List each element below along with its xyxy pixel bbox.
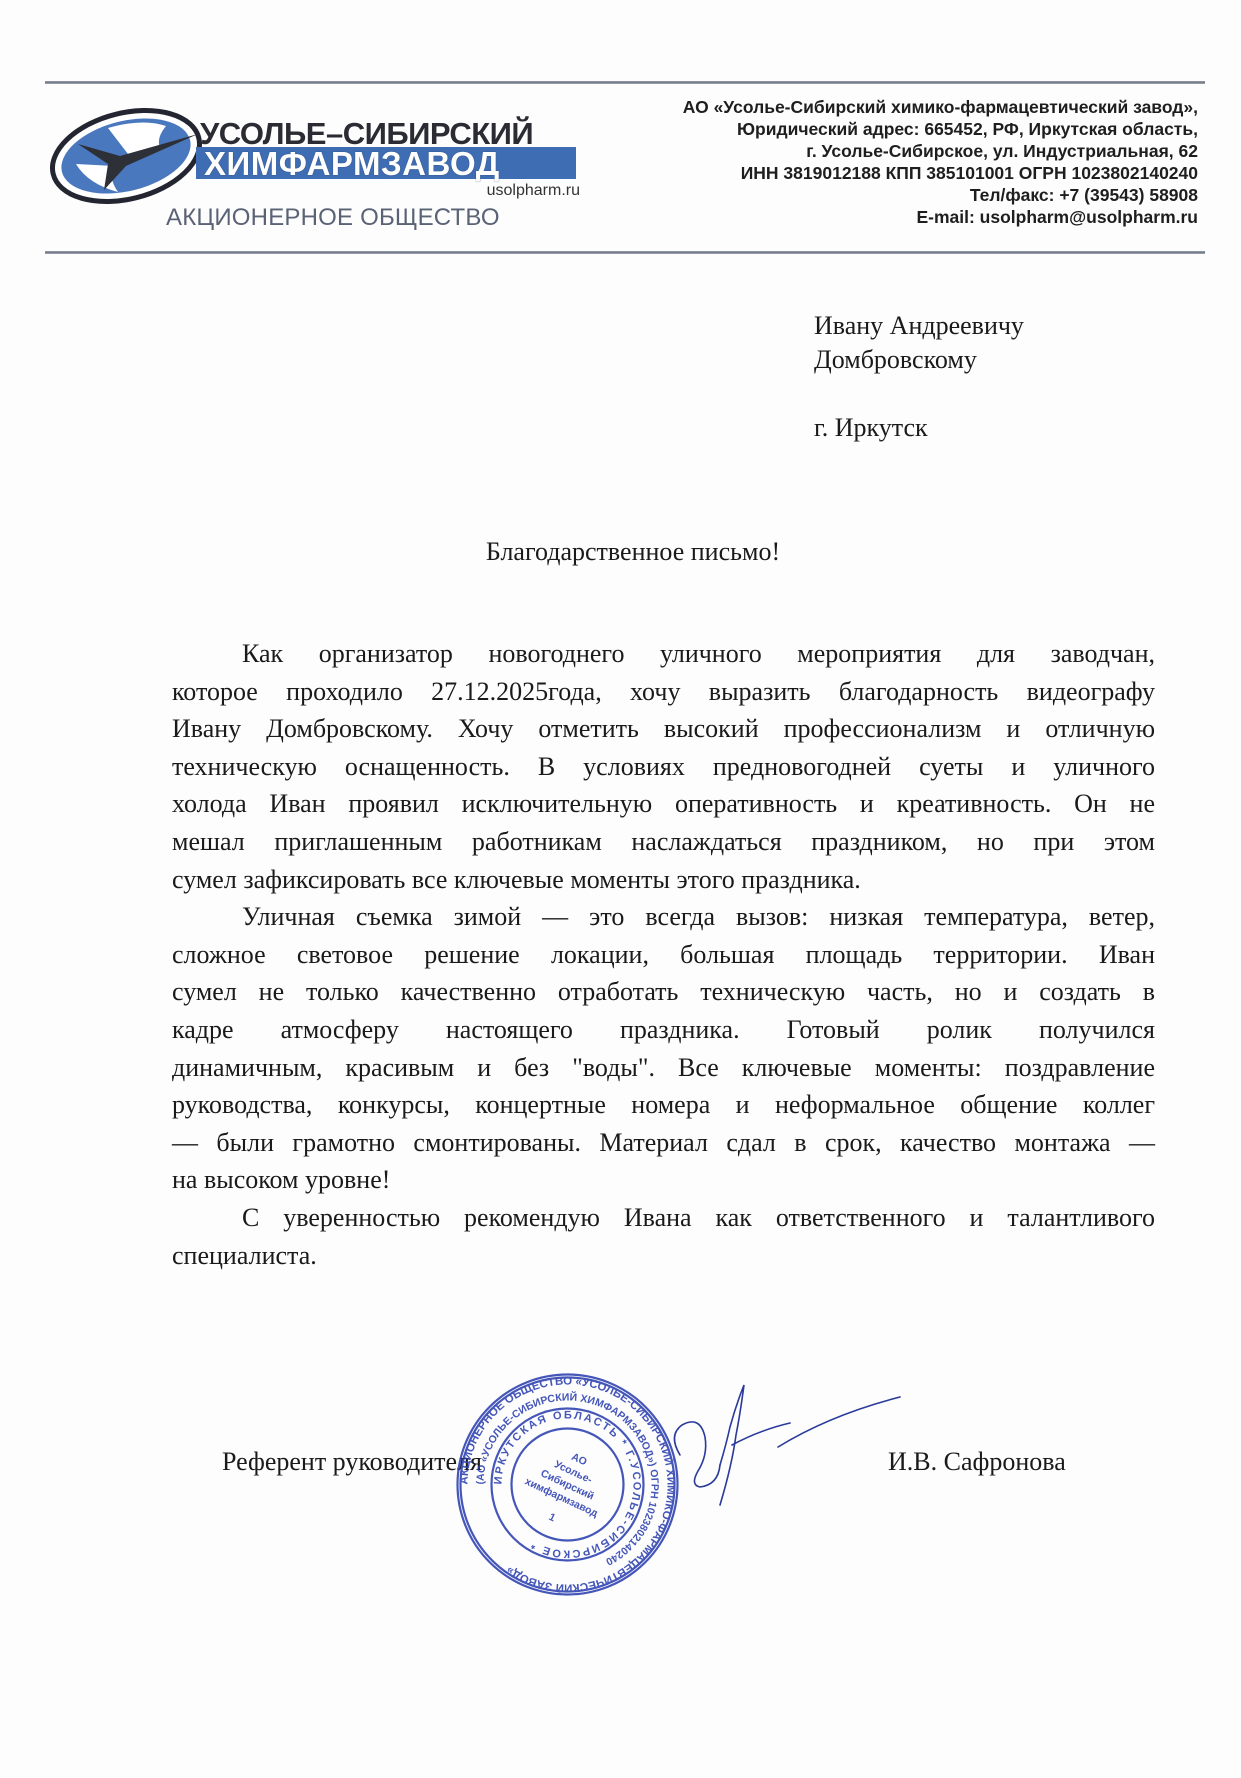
addressee-name-line1: Ивану Андреевичу: [814, 309, 1024, 343]
company-name: АО «Усолье-Сибирский химико-фармацевтиче…: [558, 96, 1198, 118]
letter-title-text: Благодарственное письмо!: [486, 537, 780, 567]
body-line: сумел не только качественно отработать т…: [172, 973, 1155, 1011]
company-email: E-mail: usolpharm@usolpharm.ru: [558, 206, 1198, 228]
plane-emblem-icon: [48, 104, 208, 204]
handwritten-signature-icon: [660, 1375, 910, 1525]
letter-title: Благодарственное письмо!: [0, 537, 1241, 567]
signatory-role: Референт руководителя: [222, 1447, 482, 1477]
body-line: техническую оснащенность. В условиях пре…: [172, 748, 1155, 786]
company-logo: УСОЛЬЕ–СИБИРСКИЙ ХИМФАРМЗАВОД usolpharm.…: [48, 100, 528, 240]
company-seal-stamp-icon: АКЦИОНЕРНОЕ ОБЩЕСТВО «УСОЛЬЕ-СИБИРСКИЙ Х…: [455, 1372, 680, 1597]
letterhead-bottom-rule: [45, 251, 1205, 254]
body-line: мешал приглашенным работникам наслаждать…: [172, 823, 1155, 861]
body-line: — были грамотно смонтированы. Материал с…: [172, 1124, 1155, 1162]
signatory-name: И.В. Сафронова: [888, 1447, 1066, 1477]
body-line: Как организатор новогоднего уличного мер…: [172, 635, 1155, 673]
company-phone: Тел/факс: +7 (39543) 58908: [558, 184, 1198, 206]
body-line: С уверенностью рекомендую Ивана как отве…: [172, 1199, 1155, 1237]
paragraph-3: С уверенностью рекомендую Ивана как отве…: [172, 1199, 1155, 1274]
addressee-block: Ивану Андреевичу Домбровскому г. Иркутск: [814, 309, 1024, 445]
letterhead-top-rule: [45, 81, 1205, 84]
body-line: специалиста.: [172, 1237, 1155, 1275]
body-line: сложное световое решение локации, больша…: [172, 936, 1155, 974]
body-line: динамичным, красивым и без "воды". Все к…: [172, 1049, 1155, 1087]
company-registration: ИНН 3819012188 КПП 385101001 ОГРН 102380…: [558, 162, 1198, 184]
logo-brand-line2: ХИМФАРМЗАВОД: [196, 147, 576, 179]
letter-body: Как организатор новогоднего уличного мер…: [172, 635, 1155, 1274]
svg-text:1: 1: [547, 1511, 558, 1524]
body-line: холода Иван проявил исключительную опера…: [172, 785, 1155, 823]
body-line: которое проходило 27.12.2025года, хочу в…: [172, 673, 1155, 711]
body-line: руководства, конкурсы, концертные номера…: [172, 1086, 1155, 1124]
company-address-line1: Юридический адрес: 665452, РФ, Иркутская…: [558, 118, 1198, 140]
logo-org-type: АКЦИОНЕРНОЕ ОБЩЕСТВО: [166, 204, 500, 232]
addressee-name-line2: Домбровскому: [814, 343, 1024, 377]
body-line: сумел зафиксировать все ключевые моменты…: [172, 861, 1155, 899]
company-details: АО «Усолье-Сибирский химико-фармацевтиче…: [558, 96, 1198, 228]
body-line: кадре атмосферу настоящего праздника. Го…: [172, 1011, 1155, 1049]
body-line: на высоком уровне!: [172, 1161, 1155, 1199]
paragraph-1: Как организатор новогоднего уличного мер…: [172, 635, 1155, 898]
body-line: Уличная съемка зимой — это всегда вызов:…: [172, 898, 1155, 936]
body-line: Ивану Домбровскому. Хочу отметить высоки…: [172, 710, 1155, 748]
company-address-line2: г. Усолье-Сибирское, ул. Индустриальная,…: [558, 140, 1198, 162]
addressee-city: г. Иркутск: [814, 411, 1024, 445]
paragraph-2: Уличная съемка зимой — это всегда вызов:…: [172, 898, 1155, 1199]
